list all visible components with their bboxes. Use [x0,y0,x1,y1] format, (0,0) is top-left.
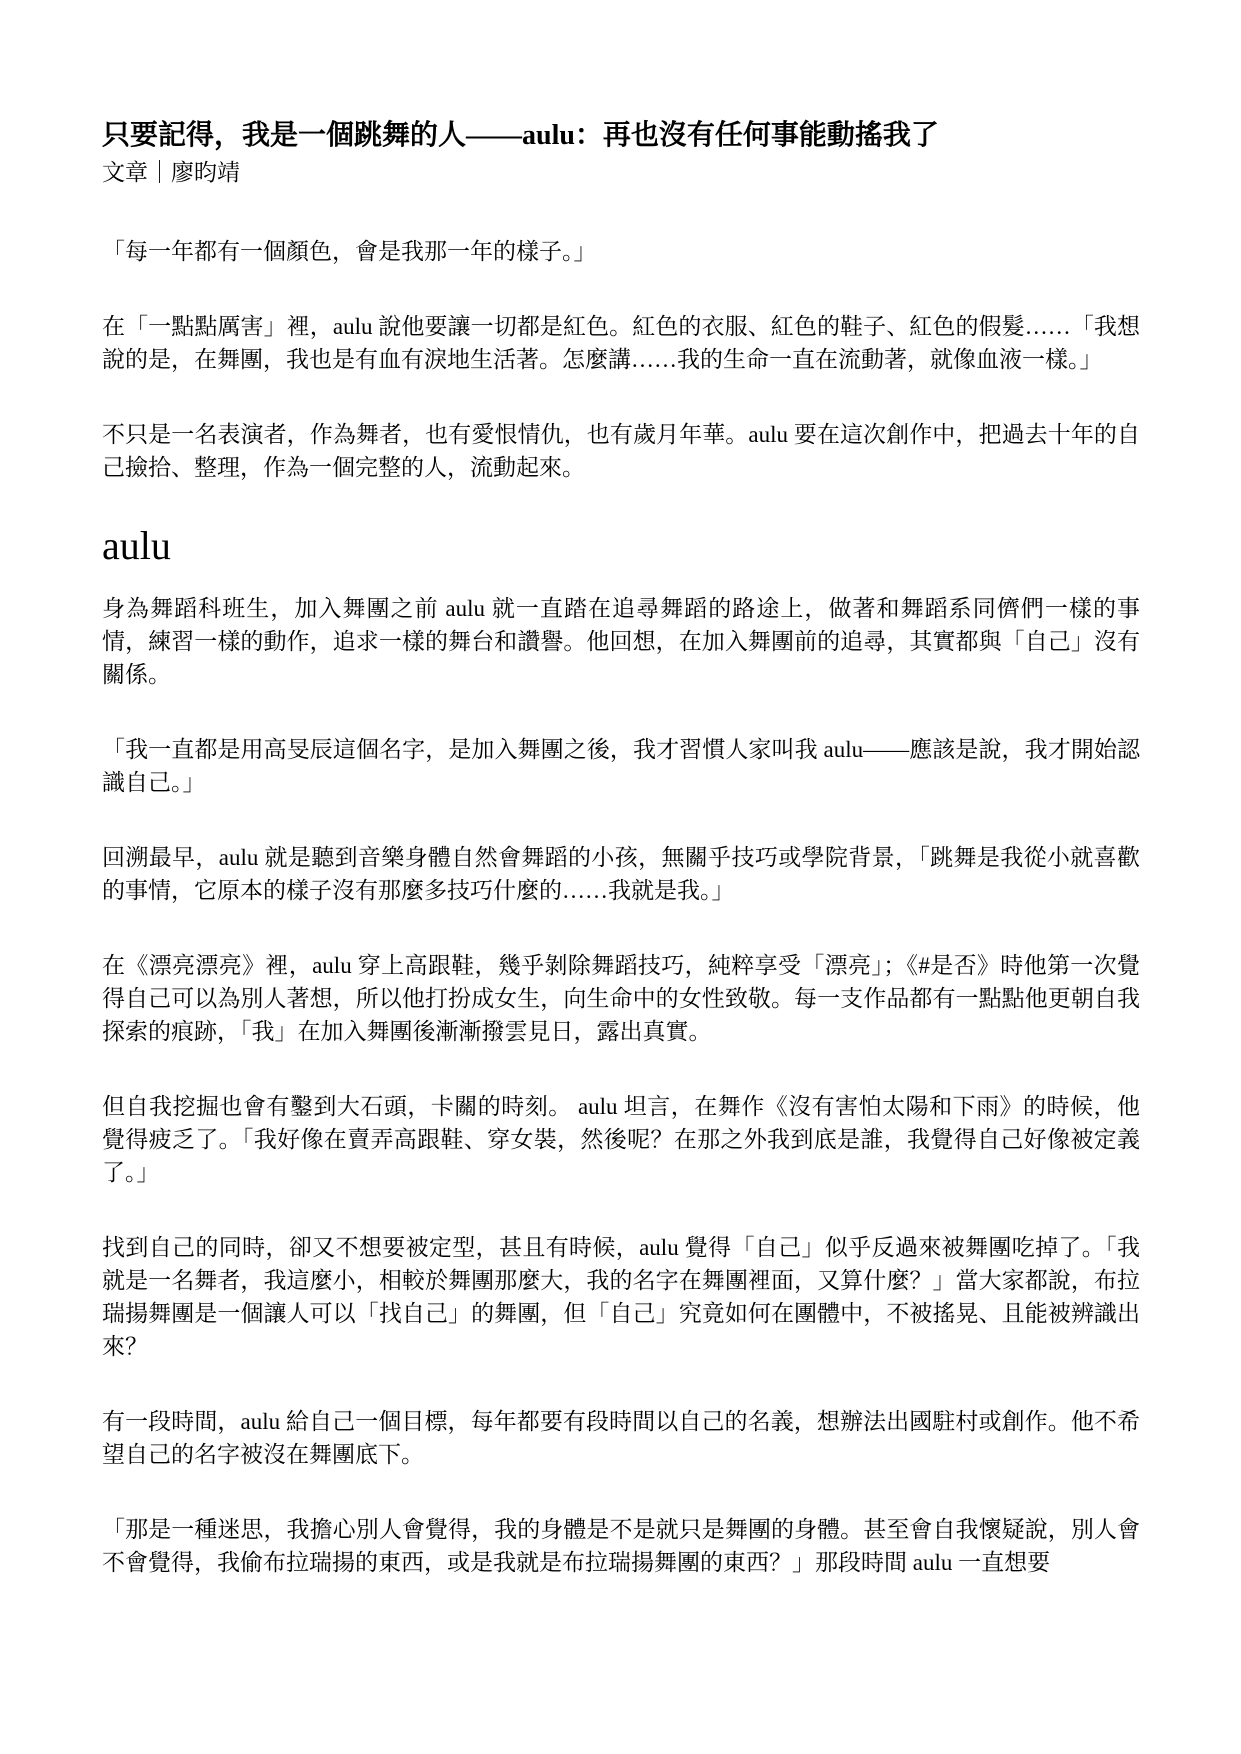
paragraph: 在「一點點厲害」裡，aulu 說他要讓一切都是紅色。紅色的衣服、紅色的鞋子、紅色… [102,310,1140,376]
document-page: 只要記得，我是一個跳舞的人——aulu：再也沒有任何事能動搖我了 文章｜廖昀靖 … [0,0,1241,1754]
aulu-section: 身為舞蹈科班生，加入舞團之前 aulu 就一直踏在追尋舞蹈的路途上，做著和舞蹈系… [102,592,1140,1579]
paragraph: 「那是一種迷思，我擔心別人會覺得，我的身體是不是就只是舞團的身體。甚至會自我懷疑… [102,1513,1140,1579]
article-title: 只要記得，我是一個跳舞的人——aulu：再也沒有任何事能動搖我了 [102,118,1140,154]
paragraph: 在《漂亮漂亮》裡，aulu 穿上高跟鞋，幾乎剝除舞蹈技巧，純粹享受「漂亮」；《#… [102,949,1140,1048]
paragraph: 但自我挖掘也會有鑿到大石頭，卡關的時刻。 aulu 坦言，在舞作《沒有害怕太陽和… [102,1090,1140,1189]
section-heading-aulu: aulu [102,522,1140,570]
paragraph: 回溯最早，aulu 就是聽到音樂身體自然會舞蹈的小孩，無關乎技巧或學院背景，「跳… [102,841,1140,907]
paragraph: 不只是一名表演者，作為舞者，也有愛恨情仇，也有歲月年華。aulu 要在這次創作中… [102,418,1140,484]
intro-section: 「每一年都有一個顏色，會是我那一年的樣子。」 在「一點點厲害」裡，aulu 說他… [102,235,1140,484]
paragraph: 身為舞蹈科班生，加入舞團之前 aulu 就一直踏在追尋舞蹈的路途上，做著和舞蹈系… [102,592,1140,691]
paragraph: 找到自己的同時，卻又不想要被定型，甚且有時候，aulu 覺得「自己」似乎反過來被… [102,1231,1140,1363]
paragraph: 有一段時間，aulu 給自己一個目標，每年都要有段時間以自己的名義，想辦法出國駐… [102,1405,1140,1471]
paragraph: 「每一年都有一個顏色，會是我那一年的樣子。」 [102,235,1140,268]
article-byline: 文章｜廖昀靖 [102,156,1140,189]
paragraph: 「我一直都是用高旻辰這個名字，是加入舞團之後，我才習慣人家叫我 aulu——應該… [102,733,1140,799]
